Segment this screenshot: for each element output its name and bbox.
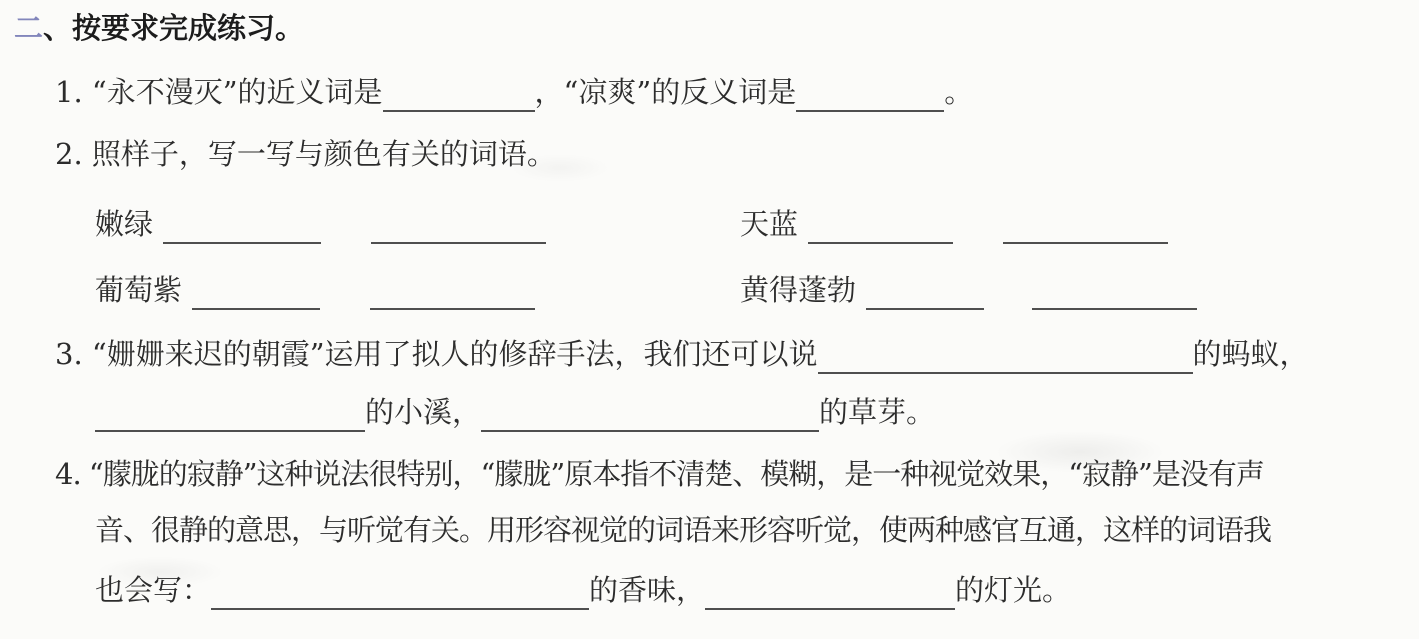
text-run: 2. 照样子，写一写与颜色有关的词语。 [55,137,556,171]
text-run: 的灯光。 [955,573,1071,607]
section-header: 二、按要求完成练习。 [14,8,304,48]
answer-blank[interactable] [705,574,955,610]
text-run: 的香味， [589,573,705,607]
text-run: 。 [944,75,973,109]
color-row-2-left: 葡萄紫 [95,270,535,310]
text-run: 4. “朦胧的寂静”这种说法很特别，“朦胧”原本指不清楚、模糊，是一种视觉效果，… [55,457,1264,491]
question-4-line-2: 音、很静的意思，与听觉有关。用形容视觉的词语来形容听觉，使两种感官互通，这样的词… [95,510,1271,550]
answer-blank[interactable] [1003,208,1168,244]
section-number: 二 [14,11,43,45]
text-run: 葡萄紫 [95,273,182,307]
question-3-line-1: 3. “姗姗来迟的朝霞”运用了拟人的修辞手法，我们还可以说的蚂蚁， [55,334,1309,374]
text-run: 1. “永不漫灭”的近义词是 [55,75,383,109]
text-run: 音、很静的意思，与听觉有关。用形容视觉的词语来形容听觉，使两种感官互通，这样的词… [95,513,1271,547]
color-row-1-left: 嫩绿 [95,204,546,244]
answer-blank[interactable] [808,208,953,244]
text-run: 的草芽。 [819,395,935,429]
question-2: 2. 照样子，写一写与颜色有关的词语。 [55,134,556,174]
worksheet-page: 二、按要求完成练习。1. “永不漫灭”的近义词是，“凉爽”的反义词是。2. 照样… [0,0,1419,639]
question-4-line-1: 4. “朦胧的寂静”这种说法很特别，“朦胧”原本指不清楚、模糊，是一种视觉效果，… [55,454,1264,494]
answer-blank[interactable] [1032,274,1197,310]
answer-blank[interactable] [211,574,589,610]
answer-blank[interactable] [95,396,365,432]
answer-blank[interactable] [383,76,535,112]
answer-blank[interactable] [192,274,320,310]
answer-blank[interactable] [481,396,819,432]
answer-blank[interactable] [866,274,984,310]
answer-blank[interactable] [370,274,535,310]
answer-blank[interactable] [818,338,1193,374]
text-run: 也会写： [95,573,211,607]
answer-blank[interactable] [371,208,546,244]
text-run: 天蓝 [740,207,798,241]
answer-blank[interactable] [796,76,944,112]
question-1: 1. “永不漫灭”的近义词是，“凉爽”的反义词是。 [55,72,973,112]
color-row-2-right: 黄得蓬勃 [740,270,1197,310]
section-title: 、按要求完成练习。 [43,11,304,45]
text-run: 黄得蓬勃 [740,273,856,307]
text-run: 的小溪， [365,395,481,429]
text-run: ，“凉爽”的反义词是 [535,75,797,109]
text-run: 的蚂蚁， [1193,337,1309,371]
question-3-line-2: 的小溪，的草芽。 [95,392,935,432]
text-run: 嫩绿 [95,207,153,241]
answer-blank[interactable] [163,208,321,244]
question-4-line-3: 也会写：的香味，的灯光。 [95,570,1071,610]
text-run: 3. “姗姗来迟的朝霞”运用了拟人的修辞手法，我们还可以说 [55,337,818,371]
color-row-1-right: 天蓝 [740,204,1168,244]
